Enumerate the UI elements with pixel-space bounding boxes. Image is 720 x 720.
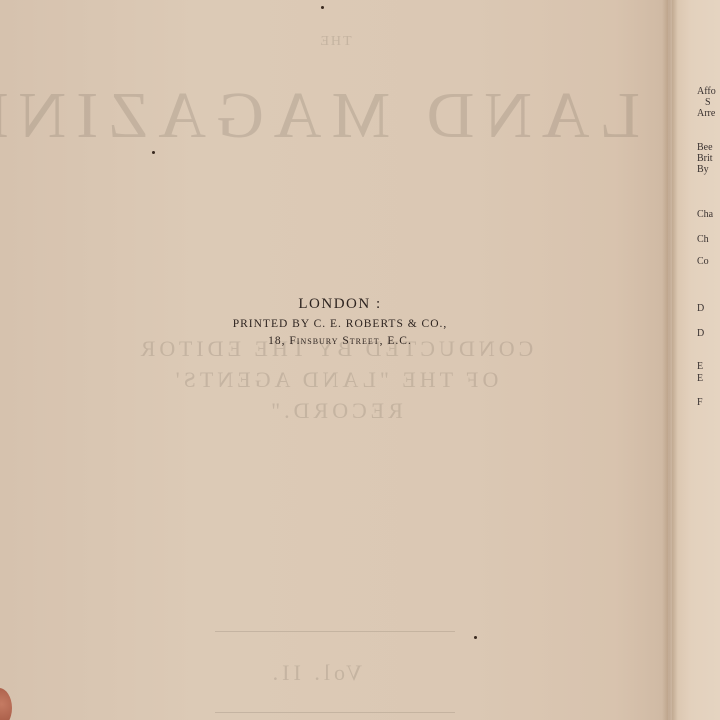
index-entry: Co [697, 256, 709, 267]
index-entry: D [697, 303, 704, 314]
paper-speck [152, 151, 155, 154]
imprint-city: LONDON : [160, 296, 520, 313]
index-entry: E [697, 373, 703, 384]
thumb [0, 688, 12, 720]
bleed-through-rule-top [215, 631, 455, 632]
bleed-through-title: LAND MAGAZINE [20, 78, 640, 154]
index-entry: Affo [697, 86, 716, 97]
bleed-through-line-3: RECORD." [245, 398, 425, 424]
paper-speck [321, 6, 324, 9]
index-entry: Cha [697, 209, 713, 220]
index-entry: Brit [697, 153, 713, 164]
index-entry: D [697, 328, 704, 339]
index-entry: By [697, 164, 709, 175]
imprint-address: 18, Finsbury Street, E.C. [160, 335, 520, 347]
index-entry: S [705, 97, 711, 108]
printer-imprint: LONDON : PRINTED BY C. E. ROBERTS & CO.,… [160, 296, 520, 347]
imprint-printer: PRINTED BY C. E. ROBERTS & CO., [160, 318, 520, 330]
index-entry: F [697, 397, 703, 408]
bleed-through-line-2: OF THE "LAND AGENTS' [140, 367, 530, 393]
page-edge-shadow [672, 0, 678, 720]
bleed-through-the: THE [290, 34, 380, 50]
index-entry: Ch [697, 234, 709, 245]
paper-speck [474, 636, 477, 639]
left-page: THE LAND MAGAZINE CONDUCTED BY THE EDITO… [0, 0, 668, 720]
right-page: AffoSArreBeeBritByChaChCoDDEEF [672, 0, 720, 720]
book-spread: THE LAND MAGAZINE CONDUCTED BY THE EDITO… [0, 0, 720, 720]
index-entry: E [697, 361, 703, 372]
index-entry: Bee [697, 142, 713, 153]
index-entry: Arre [697, 108, 715, 119]
bleed-through-rule-bottom [215, 712, 455, 713]
bleed-through-volume: Vol. II. [282, 660, 362, 686]
